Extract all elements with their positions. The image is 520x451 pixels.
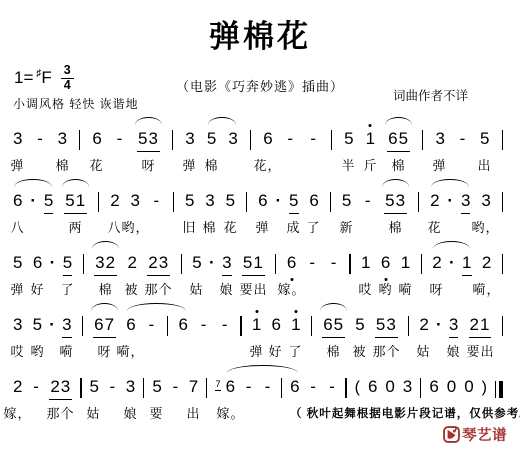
lyrics-row: 弹好了棉被那个姑娘要出嫁。哎哟嗬呀嗬，	[13, 276, 503, 299]
lyric: 好	[30, 279, 44, 298]
note: 6	[429, 378, 438, 400]
augmentation-dot: ·	[49, 316, 55, 338]
slur-arc	[431, 179, 468, 187]
composer-credit: 词曲作者不详	[393, 86, 468, 104]
barline	[408, 316, 409, 336]
note: 6	[368, 378, 377, 400]
note: 5	[342, 192, 351, 214]
lyric: 弹	[10, 155, 24, 174]
note: 1	[462, 254, 471, 276]
lyric: 哟	[378, 279, 392, 298]
barline	[240, 316, 241, 336]
note: 3	[62, 316, 71, 338]
lyric: 半	[341, 155, 355, 174]
slur-arc	[91, 303, 118, 311]
lyric: 那个	[144, 279, 172, 298]
note: 53	[384, 192, 407, 214]
lyric: 呀	[429, 279, 443, 298]
lyric: 出	[477, 155, 491, 174]
lyric: 嫁。	[277, 279, 305, 298]
note: 6	[33, 254, 42, 276]
final-bar-thin	[495, 381, 496, 398]
lyric: 被	[124, 279, 138, 298]
lyric: 娘	[219, 279, 233, 298]
barline	[502, 192, 503, 212]
notes-row: 35·3676-6--161655532·321	[13, 300, 503, 338]
note: 1	[366, 130, 375, 152]
lyric: 那个	[372, 341, 400, 360]
barline	[502, 130, 503, 150]
note: 3	[131, 192, 140, 214]
slur-arc	[62, 179, 89, 187]
barline	[167, 316, 168, 336]
note: 5	[13, 254, 22, 276]
score-line: 2-235-35-776--6--(603600)嫁，那个姑娘要出嫁。（ 秋叶起…	[13, 362, 503, 423]
lyric: 棉	[98, 279, 112, 298]
octave-dot-above	[255, 310, 258, 313]
lyric: 棉	[326, 341, 340, 360]
lyrics-row: 八两八哟，旧棉花弹成了新棉花哟，	[13, 214, 503, 237]
note: 0	[447, 378, 456, 400]
note: 65	[387, 130, 410, 152]
note: 5	[344, 130, 353, 152]
note: 2	[419, 316, 428, 338]
lyric: 哟，	[121, 217, 149, 236]
barline	[173, 192, 174, 212]
lyric: 弹	[249, 341, 263, 360]
slur-arc	[14, 179, 51, 187]
lyric: 出	[186, 403, 200, 422]
lyric: 嗬	[59, 341, 73, 360]
duration-dash: -	[30, 378, 41, 400]
note: 1	[401, 254, 410, 276]
lyric: 嫁，	[3, 403, 31, 422]
lyric: 弹	[10, 279, 24, 298]
slur-arc	[135, 117, 162, 125]
octave-dot-above	[369, 124, 372, 127]
lyric: 哎	[358, 279, 372, 298]
barline	[502, 316, 503, 336]
lyric: 花，	[253, 155, 281, 174]
barline	[80, 378, 81, 398]
note: 5	[185, 192, 194, 214]
note: 53	[137, 130, 160, 152]
qinyipu-logo-icon	[443, 426, 460, 443]
sheet-music-page: 弹棉花 1= ♯F 3 4 （电影《巧奔妙逃》插曲） 词曲作者不详 小调风格 轻…	[0, 0, 520, 451]
slur-arc	[227, 365, 297, 373]
site-watermark-text: 琴艺谱	[462, 424, 507, 445]
note: 53	[375, 316, 398, 338]
score-line: 35·3676-6--161655532·321哎哟嗬呀嗬，弹好了棉被那个姑娘要…	[13, 300, 503, 361]
note: 5	[33, 316, 42, 338]
lyric: 要出	[239, 279, 267, 298]
lyric: 棉	[55, 155, 69, 174]
note: 2	[127, 254, 136, 276]
barline	[330, 192, 331, 212]
note: 5	[89, 378, 98, 400]
note: 6	[287, 254, 296, 276]
barline	[79, 130, 80, 150]
note: 23	[147, 254, 170, 276]
note: 5	[226, 192, 235, 214]
note: 51	[64, 192, 87, 214]
slur-arc	[320, 303, 347, 311]
barline	[421, 254, 422, 274]
lyric: 了	[288, 341, 302, 360]
note: 2	[430, 192, 439, 214]
augmentation-dot: ·	[449, 254, 455, 276]
note: 5	[289, 192, 298, 214]
barline	[349, 254, 350, 274]
lyric: 棉	[202, 217, 216, 236]
lyric: 那个	[46, 403, 74, 422]
duration-dash: -	[457, 130, 468, 152]
lyrics-row: 弹棉花呀弹棉花，半斤棉弹出	[13, 152, 503, 175]
slur-arc	[92, 241, 119, 249]
barline	[82, 316, 83, 336]
note: 6	[263, 130, 272, 152]
slur-arc	[433, 241, 469, 249]
slur-arc	[385, 117, 412, 125]
note: 6	[126, 316, 135, 338]
lyric: 嗬，	[116, 341, 144, 360]
duration-dash: -	[198, 316, 209, 338]
note: 5	[480, 130, 489, 152]
lyric: 成	[286, 217, 300, 236]
barline	[172, 130, 173, 150]
barline	[98, 192, 99, 212]
barline	[250, 130, 251, 150]
note: 5	[192, 254, 201, 276]
duration-dash: -	[107, 378, 118, 400]
slur-arc	[208, 117, 235, 125]
note: 6	[271, 316, 280, 338]
lyric: 嗬	[398, 279, 412, 298]
augmentation-dot: ·	[209, 254, 215, 276]
barline	[246, 192, 247, 212]
note: 1	[361, 254, 370, 276]
notes-row: 3-36-533536--51653-5	[13, 114, 503, 152]
score: 3-36-533536--51653-5弹棉花呀弹棉花，半斤棉弹出6·55123…	[0, 112, 520, 423]
lyrics-row: 嫁，那个姑娘要出嫁。（ 秋叶起舞根据电影片段记谱，仅供参考。）	[13, 400, 503, 423]
note: 6	[178, 316, 187, 338]
duration-dash: -	[285, 130, 296, 152]
site-watermark: 琴艺谱	[443, 424, 507, 445]
note: 3	[228, 130, 237, 152]
lyric: 嫁。	[216, 403, 244, 422]
note: 5	[44, 192, 53, 214]
lyric: 哎	[10, 341, 24, 360]
final-barline	[495, 381, 503, 398]
note: 3	[13, 316, 22, 338]
note: 5	[355, 316, 364, 338]
notes-row: 56·5322235·3516--1612·12	[13, 238, 503, 276]
lyric: 旧	[182, 217, 196, 236]
duration-dash: -	[327, 378, 338, 400]
lyric: 娘	[123, 403, 137, 422]
lyric: 新	[339, 217, 353, 236]
note: 1	[291, 316, 300, 338]
lyric: 花	[427, 217, 441, 236]
note: 3	[58, 130, 67, 152]
note: 6	[92, 130, 101, 152]
lyric: 花	[89, 155, 103, 174]
octave-dot-above	[294, 310, 297, 313]
note: 2	[482, 254, 491, 276]
duration-dash: -	[146, 316, 157, 338]
barline	[420, 378, 421, 398]
barline	[418, 192, 419, 212]
lyric: 花	[223, 217, 237, 236]
note: 3	[126, 378, 135, 400]
note: 3	[449, 316, 458, 338]
note: 65	[322, 316, 345, 338]
barline	[311, 316, 312, 336]
lyric: 斤	[363, 155, 377, 174]
note: 3	[13, 130, 22, 152]
duration-dash: -	[308, 378, 319, 400]
barline	[275, 254, 276, 274]
note: 1	[252, 316, 261, 338]
lyric: （ 秋叶起舞根据电影片段记谱，仅供参考。）	[290, 405, 520, 421]
barline	[422, 130, 423, 150]
lyric: 弹	[255, 217, 269, 236]
note: 23	[49, 378, 72, 400]
augmentation-dot: ·	[30, 192, 36, 214]
lyric: 棉	[391, 155, 405, 174]
note: 3	[435, 130, 444, 152]
duration-dash: -	[307, 254, 318, 276]
lyric: 弹	[182, 155, 196, 174]
notes-row: 6·55123-5356·565-532·33	[13, 176, 503, 214]
note: 67	[93, 316, 116, 338]
lyric: 嗬，	[472, 279, 500, 298]
lyric: 姑	[416, 341, 430, 360]
note: 6	[309, 192, 318, 214]
duration-dash: -	[219, 316, 230, 338]
note: 3	[481, 192, 490, 214]
note: 3	[222, 254, 231, 276]
duration-dash: -	[35, 130, 46, 152]
lyric: 弹	[432, 155, 446, 174]
note: 6	[258, 192, 267, 214]
note: 5	[63, 254, 72, 276]
close-paren: )	[482, 379, 487, 400]
lyric: 八	[10, 217, 24, 236]
barline	[281, 378, 282, 398]
lyric: 了	[60, 279, 74, 298]
final-bar-thick	[499, 381, 503, 398]
lyric: 要	[149, 403, 163, 422]
note: 2	[432, 254, 441, 276]
note: 32	[94, 254, 117, 276]
duration-dash: -	[151, 192, 162, 214]
lyric: 要出	[466, 341, 494, 360]
barline	[331, 130, 332, 150]
grace-note: 7	[215, 380, 220, 392]
barline	[83, 254, 84, 274]
duration-dash: -	[308, 130, 319, 152]
augmentation-dot: ·	[275, 192, 281, 214]
barline	[143, 378, 144, 398]
song-title: 弹棉花	[0, 0, 520, 54]
note: 5	[152, 378, 161, 400]
duration-dash: -	[262, 378, 273, 400]
note: 6	[226, 378, 235, 400]
augmentation-dot: ·	[50, 254, 56, 276]
note: 2	[13, 378, 22, 400]
duration-dash: -	[328, 254, 339, 276]
lyric: 了	[306, 217, 320, 236]
lyric: 棉	[388, 217, 402, 236]
note: 6	[13, 192, 22, 214]
barline	[502, 254, 503, 274]
lyric: 八	[107, 217, 121, 236]
note: 0	[385, 378, 394, 400]
lyric: 棉	[204, 155, 218, 174]
slur-arc	[127, 303, 185, 311]
note: 3	[461, 192, 470, 214]
augmentation-dot: ·	[436, 316, 442, 338]
note: 2	[110, 192, 119, 214]
note: 21	[469, 316, 492, 338]
open-paren: (	[355, 379, 360, 400]
duration-dash: -	[243, 378, 254, 400]
note: 3	[205, 192, 214, 214]
barline	[345, 378, 346, 398]
note: 3	[185, 130, 194, 152]
note: 0	[464, 378, 473, 400]
lyric: 呀	[141, 155, 155, 174]
notes-row: 2-235-35-776--6--(603600)	[13, 362, 503, 400]
note: 6	[290, 378, 299, 400]
lyrics-row: 哎哟嗬呀嗬，弹好了棉被那个姑娘要出	[13, 338, 503, 361]
lyric: 姑	[86, 403, 100, 422]
note: 5	[207, 130, 216, 152]
lyric: 好	[268, 341, 282, 360]
lyric: 娘	[446, 341, 460, 360]
score-line: 6·55123-5356·565-532·33八两八哟，旧棉花弹成了新棉花哟，	[13, 176, 503, 237]
lyric: 两	[68, 217, 82, 236]
lyric: 姑	[189, 279, 203, 298]
lyric: 哟，	[471, 217, 499, 236]
score-line: 3-36-533536--51653-5弹棉花呀弹棉花，半斤棉弹出	[13, 114, 503, 175]
barline	[206, 378, 207, 398]
note: 3	[403, 378, 412, 400]
score-line: 56·5322235·3516--1612·12弹好了棉被那个姑娘要出嫁。哎哟嗬…	[13, 238, 503, 299]
barline	[181, 254, 182, 274]
note: 7	[189, 378, 198, 400]
duration-dash: -	[114, 130, 125, 152]
score-header: 弹棉花 1= ♯F 3 4 （电影《巧奔妙逃》插曲） 词曲作者不详 小调风格 轻…	[0, 0, 520, 112]
note: 6	[381, 254, 390, 276]
slur-arc	[382, 179, 409, 187]
note: 51	[242, 254, 265, 276]
lyric: 呀	[97, 341, 111, 360]
duration-dash: -	[362, 192, 373, 214]
augmentation-dot: ·	[447, 192, 453, 214]
lyric: 哟	[30, 341, 44, 360]
duration-dash: -	[170, 378, 181, 400]
tempo-marking: 小调风格 轻快 诙谐地	[13, 95, 139, 112]
lyric: 被	[352, 341, 366, 360]
